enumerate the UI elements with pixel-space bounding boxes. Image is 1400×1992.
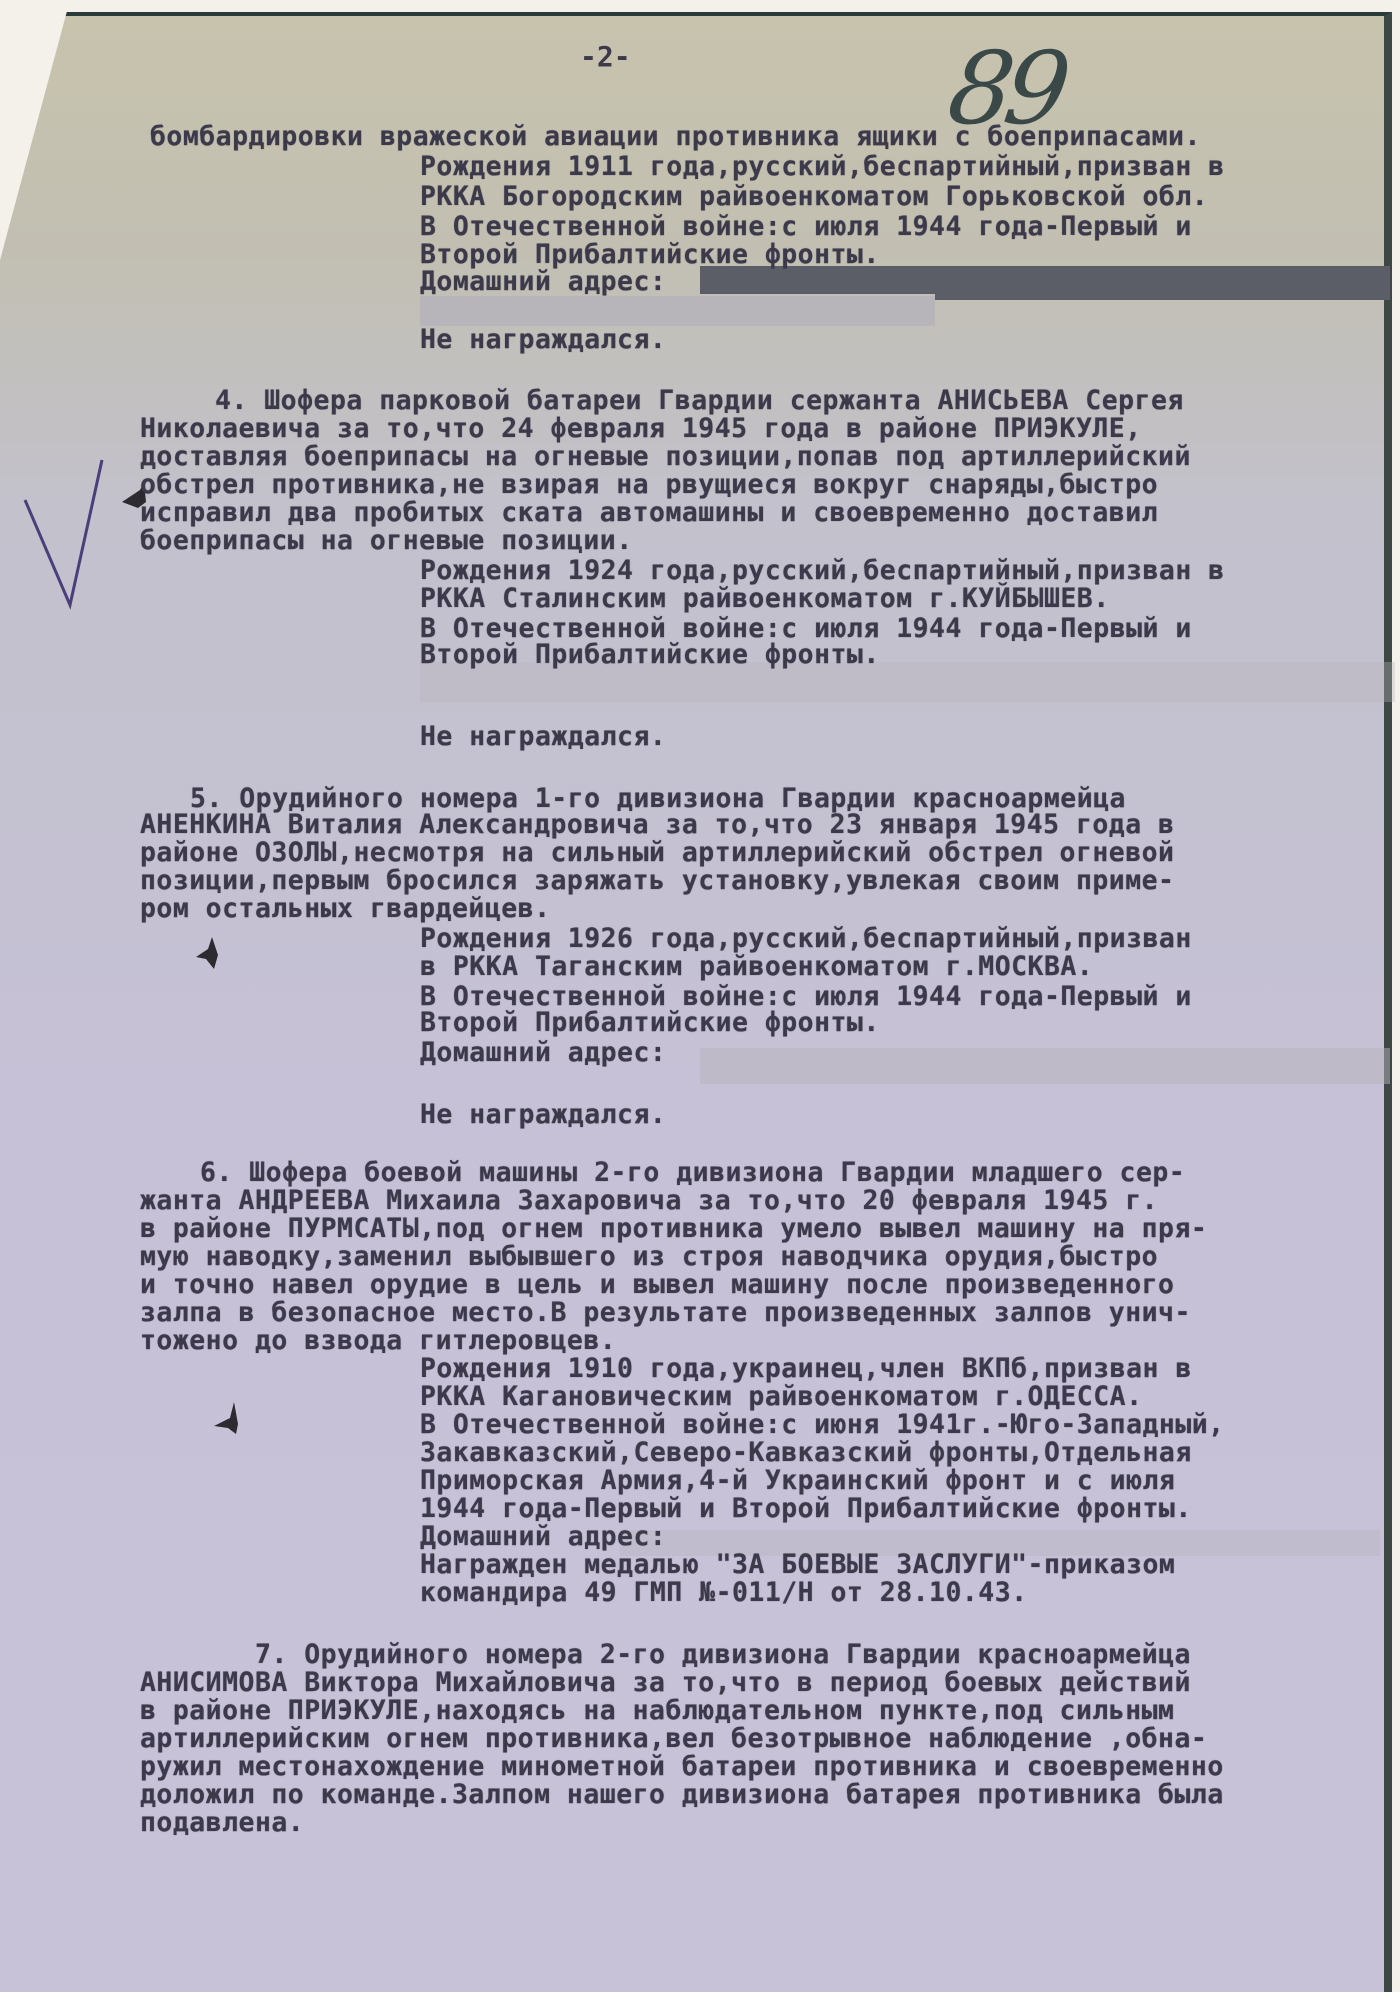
text-line: доставляя боеприпасы на огневые позиции,… xyxy=(140,442,1191,472)
text-line: В Отечественной войне:с июля 1944 года-П… xyxy=(420,212,1192,242)
text-line: Не награждался. xyxy=(420,722,666,752)
text-line: Рождения 1911 года,русский,беспартийный,… xyxy=(420,152,1225,182)
text-line: Награжден медалью "ЗА БОЕВЫЕ ЗАСЛУГИ"-пр… xyxy=(420,1550,1175,1580)
text-line: Второй Прибалтийские фронты. xyxy=(420,1008,880,1038)
text-line: 1944 года-Первый и Второй Прибалтийские … xyxy=(420,1494,1192,1524)
text-line: ром остальных гвардейцев. xyxy=(140,894,551,924)
text-line: исправил два пробитых ската автомашины и… xyxy=(140,498,1158,528)
text-line: командира 49 ГМП №-011/Н от 28.10.43. xyxy=(420,1578,1028,1608)
redaction-bar xyxy=(935,290,1390,300)
folded-corner xyxy=(0,0,70,260)
text-line: Николаевича за то,что 24 февраля 1945 го… xyxy=(140,414,1142,444)
text-line: 7. Орудийного номера 2-го дивизиона Гвар… xyxy=(255,1640,1191,1670)
punch-hole-icon xyxy=(190,935,230,975)
text-line: залпа в безопасное место.В результате пр… xyxy=(140,1298,1191,1328)
text-line: тожено до взвода гитлеровцев. xyxy=(140,1326,616,1356)
text-line: Закавказский,Северо-Кавказский фронты,От… xyxy=(420,1438,1192,1468)
text-line: обстрел противника,не взирая на рвущиеся… xyxy=(140,470,1158,500)
text-line: Рождения 1924 года,русский,беспартийный,… xyxy=(420,556,1225,586)
text-line: районе ОЗОЛЫ,несмотря на сильный артилле… xyxy=(140,838,1174,868)
text-line: Второй Прибалтийские фронты. xyxy=(420,640,880,670)
text-line: подавлена. xyxy=(140,1808,304,1838)
text-line: мую наводку,заменил выбывшего из строя н… xyxy=(140,1242,1158,1272)
punch-hole-icon xyxy=(210,1400,250,1440)
text-line: боеприпасы на огневые позиции. xyxy=(140,526,633,556)
text-line: Рождения 1926 года,русский,беспартийный,… xyxy=(420,924,1192,954)
text-line: РККА Кагановическим райвоенкоматом г.ОДЕ… xyxy=(420,1382,1143,1412)
text-line: АНИСИМОВА Виктора Михайловича за то,что … xyxy=(140,1668,1191,1698)
text-line: позиции,первым бросился заряжать установ… xyxy=(140,866,1174,896)
text-line: Приморская Армия,4-й Украинский фронт и … xyxy=(420,1466,1175,1496)
text-line: РККА Сталинским райвоенкоматом г.КУЙБЫШЕ… xyxy=(420,584,1110,614)
redaction-bar xyxy=(420,296,935,326)
checkmark-icon xyxy=(10,440,110,620)
text-line: артиллерийским огнем противника,вел безо… xyxy=(140,1724,1207,1754)
text-line: бомбардировки вражеской авиации противни… xyxy=(150,122,1201,152)
redaction-bar xyxy=(700,1048,1390,1084)
text-line: ружил местонахождение минометной батареи… xyxy=(140,1752,1224,1782)
text-line: в районе ПУРМСАТЫ,под огнем противника у… xyxy=(140,1214,1207,1244)
text-line: 6. Шофера боевой машины 2-го дивизиона Г… xyxy=(200,1158,1185,1188)
text-line: в районе ПРИЭКУЛЕ,находясь на наблюдател… xyxy=(140,1696,1174,1726)
text-line: 4. Шофера парковой батареи Гвардии сержа… xyxy=(215,386,1184,416)
text-line: в РККА Таганским райвоенкоматом г.МОСКВА… xyxy=(420,952,1093,982)
text-line: доложил по команде.Залпом нашего дивизио… xyxy=(140,1780,1224,1810)
text-line: Не награждался. xyxy=(420,325,666,355)
text-line: Домашний адрес: xyxy=(420,1038,666,1068)
text-line: АНЕНКИНА Виталия Александровича за то,чт… xyxy=(140,810,1174,840)
text-line: Домашний адрес: xyxy=(420,1522,666,1552)
text-line: РККА Богородским райвоенкоматом Горьковс… xyxy=(420,182,1208,212)
text-line: жанта АНДРЕЕВА Михаила Захаровича за то,… xyxy=(140,1186,1158,1216)
text-line: В Отечественной войне:с июня 1941г.-Юго-… xyxy=(420,1410,1225,1440)
text-line: Не награждался. xyxy=(420,1100,666,1130)
text-line: Домашний адрес: xyxy=(420,267,666,297)
text-line: и точно навел орудие в цель и вывел маши… xyxy=(140,1270,1174,1300)
text-line: Рождения 1910 года,украинец,член ВКПб,пр… xyxy=(420,1354,1192,1384)
page-number: -2- xyxy=(580,40,631,73)
